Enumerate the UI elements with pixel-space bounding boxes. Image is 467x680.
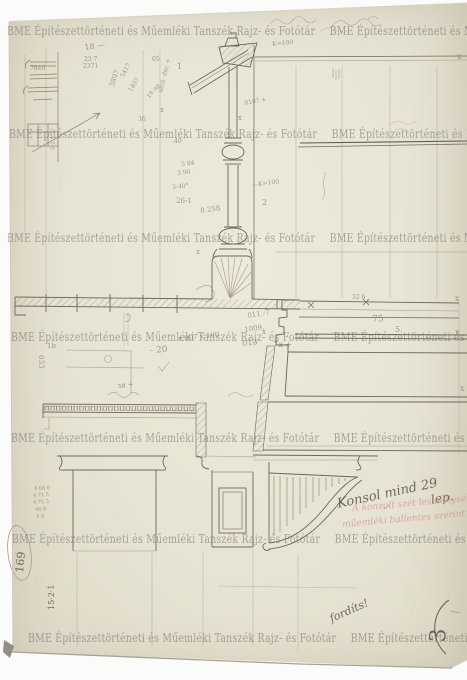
floor-section-band [15, 294, 459, 315]
console-bracket [253, 455, 378, 551]
scanned-architectural-drawing: 18 —23 723717846541738971407051x19 aputc… [0, 0, 467, 680]
frieze-band [260, 346, 467, 400]
pier-left [57, 456, 168, 551]
pedestal-fan-hatch [215, 256, 251, 298]
construction-lines [25, 48, 459, 650]
handwriting-squiggles [108, 17, 381, 398]
stair-detail-sketch [24, 52, 101, 162]
red-pencil-squiggles [320, 28, 417, 131]
pencil-drawing [0, 0, 467, 680]
archive-stamp-oval [5, 524, 35, 581]
architrave-band [253, 402, 467, 451]
console-hatch [274, 476, 345, 536]
handrail-cap [219, 43, 257, 67]
paper-edge-shadow [3, 3, 467, 668]
cornice-profile-section [253, 300, 467, 451]
newel-post-elevation [188, 33, 257, 302]
sheet-number-paren [435, 600, 449, 654]
right-top-lines [255, 56, 467, 252]
x-tick-marks [308, 299, 369, 308]
pier-middle [197, 456, 253, 547]
post-pedestal [212, 256, 252, 299]
dentil-cornice [43, 403, 256, 457]
plan-sketch [66, 314, 169, 394]
